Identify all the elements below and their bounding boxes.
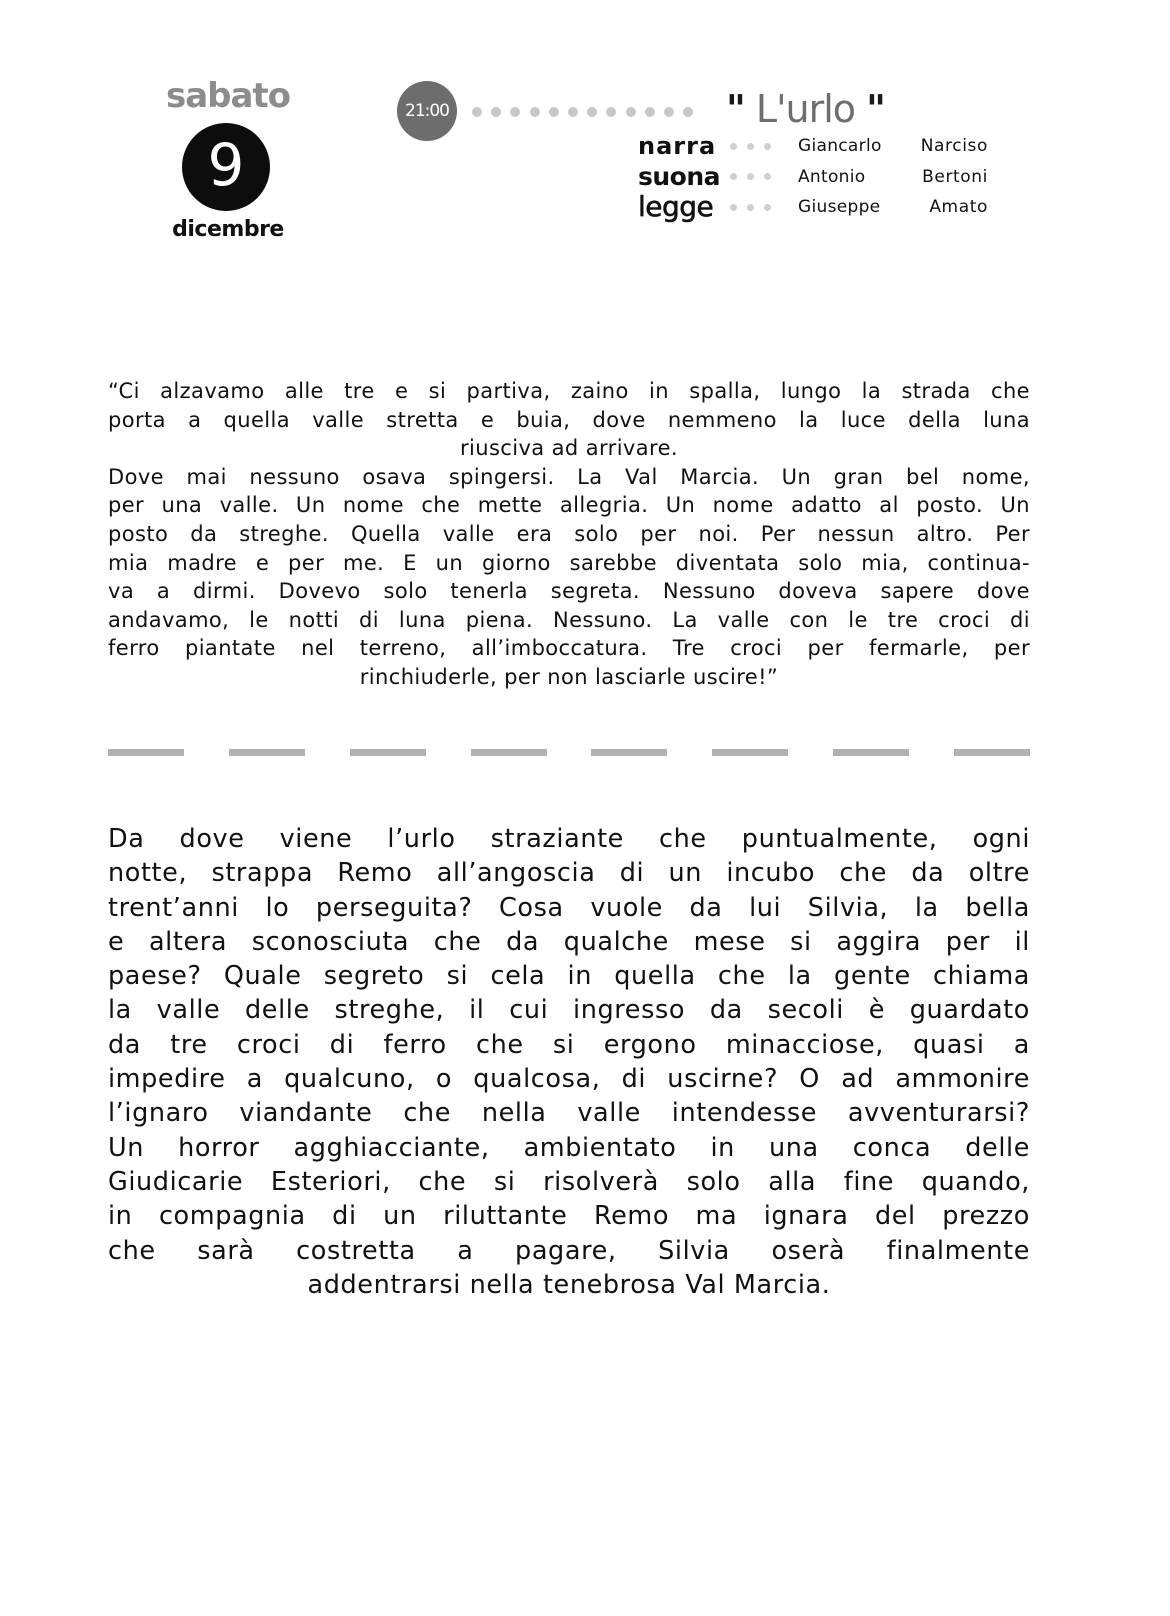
credit-dots — [730, 204, 798, 211]
credit-first-name: Giancarlo — [798, 136, 908, 156]
event-title: " L'urlo " — [726, 84, 885, 134]
quote-line: posto da streghe. Quella valle era solo … — [108, 520, 1030, 549]
synopsis-line: addentrarsi nella tenebrosa Val Marcia. — [108, 1268, 1030, 1302]
time-badge: 21:00 — [397, 81, 457, 141]
synopsis-line: trent’anni lo perseguita? Cosa vuole da … — [108, 891, 1030, 925]
credit-role: narra — [638, 131, 718, 161]
quote-line: Dove mai nessuno osava spingersi. La Val… — [108, 463, 1030, 492]
leader-dot — [568, 107, 578, 117]
title-leader-dots — [472, 107, 693, 117]
excerpt-quote: “Ci alzavamo alle tre e si partiva, zain… — [108, 377, 1030, 692]
leader-dot — [645, 107, 655, 117]
synopsis-line: impedire a qualcuno, o qualcosa, di usci… — [108, 1062, 1030, 1096]
synopsis-line: Giudicarie Esteriori, che si risolverà s… — [108, 1165, 1030, 1199]
synopsis-line: da tre croci di ferro che si ergono mina… — [108, 1028, 1030, 1062]
divider-dash — [350, 749, 426, 756]
divider-dash — [471, 749, 547, 756]
divider-dash — [833, 749, 909, 756]
credit-role: legge — [638, 192, 718, 222]
section-divider — [108, 749, 1030, 756]
synopsis-line: paese? Quale segreto si cela in quella c… — [108, 959, 1030, 993]
credit-role: suona — [638, 162, 718, 192]
credit-dots — [730, 173, 798, 180]
title-text: L'urlo — [756, 87, 855, 131]
credit-last-name: Amato — [908, 197, 988, 217]
quote-line: va a dirmi. Dovevo solo tenerla segreta.… — [108, 577, 1030, 606]
credit-row-legge: legge Giuseppe Amato — [638, 192, 988, 223]
day-badge: 9 — [182, 123, 270, 211]
credits-list: narra Giancarlo Narciso suona Antonio Be… — [638, 131, 988, 223]
quote-line: mia madre e per me. E un giorno sarebbe … — [108, 549, 1030, 578]
weekday-label: sabato — [148, 74, 308, 118]
title-close-quote: " — [866, 87, 885, 131]
divider-dash — [229, 749, 305, 756]
leader-dot — [491, 107, 501, 117]
title-open-quote: " — [726, 87, 745, 131]
synopsis-line: l’ignaro viandante che nella valle inten… — [108, 1096, 1030, 1130]
leader-dot — [683, 107, 693, 117]
credit-first-name: Giuseppe — [798, 197, 908, 217]
synopsis-line: notte, strappa Remo all’angoscia di un i… — [108, 856, 1030, 890]
quote-line: andavamo, le notti di luna piena. Nessun… — [108, 606, 1030, 635]
divider-dash — [712, 749, 788, 756]
quote-line: ferro piantate nel terreno, all’imboccat… — [108, 634, 1030, 663]
month-label: dicembre — [148, 214, 308, 246]
quote-line: rinchiuderle, per non lasciarle uscire!” — [108, 663, 1030, 692]
leader-dot — [472, 107, 482, 117]
credit-dots — [730, 143, 798, 150]
leader-dot — [549, 107, 559, 117]
credit-last-name: Narciso — [908, 136, 988, 156]
credit-first-name: Antonio — [798, 167, 908, 187]
synopsis-line: che sarà costretta a pagare, Silvia oser… — [108, 1234, 1030, 1268]
synopsis-line: in compagnia di un riluttante Remo ma ig… — [108, 1199, 1030, 1233]
synopsis-line: Da dove viene l’urlo straziante che punt… — [108, 822, 1030, 856]
leader-dot — [530, 107, 540, 117]
divider-dash — [108, 749, 184, 756]
leader-dot — [606, 107, 616, 117]
leader-dot — [626, 107, 636, 117]
synopsis-paragraph: Da dove viene l’urlo straziante che punt… — [108, 822, 1030, 1302]
quote-line: “Ci alzavamo alle tre e si partiva, zain… — [108, 377, 1030, 406]
leader-dot — [664, 107, 674, 117]
day-number: 9 — [208, 136, 245, 194]
leader-dot — [510, 107, 520, 117]
quote-line: per una valle. Un nome che mette allegri… — [108, 491, 1030, 520]
divider-dash — [591, 749, 667, 756]
synopsis-line: la valle delle streghe, il cui ingresso … — [108, 993, 1030, 1027]
synopsis-line: e altera sconosciuta che da qualche mese… — [108, 925, 1030, 959]
credit-row-narra: narra Giancarlo Narciso — [638, 131, 988, 162]
divider-dash — [954, 749, 1030, 756]
synopsis-line: Un horror agghiacciante, ambientato in u… — [108, 1131, 1030, 1165]
credit-last-name: Bertoni — [908, 167, 988, 187]
event-time: 21:00 — [405, 101, 449, 121]
leader-dot — [587, 107, 597, 117]
quote-line: porta a quella valle stretta e buia, dov… — [108, 406, 1030, 435]
quote-line: riusciva ad arrivare. — [108, 434, 1030, 463]
credit-row-suona: suona Antonio Bertoni — [638, 162, 988, 193]
